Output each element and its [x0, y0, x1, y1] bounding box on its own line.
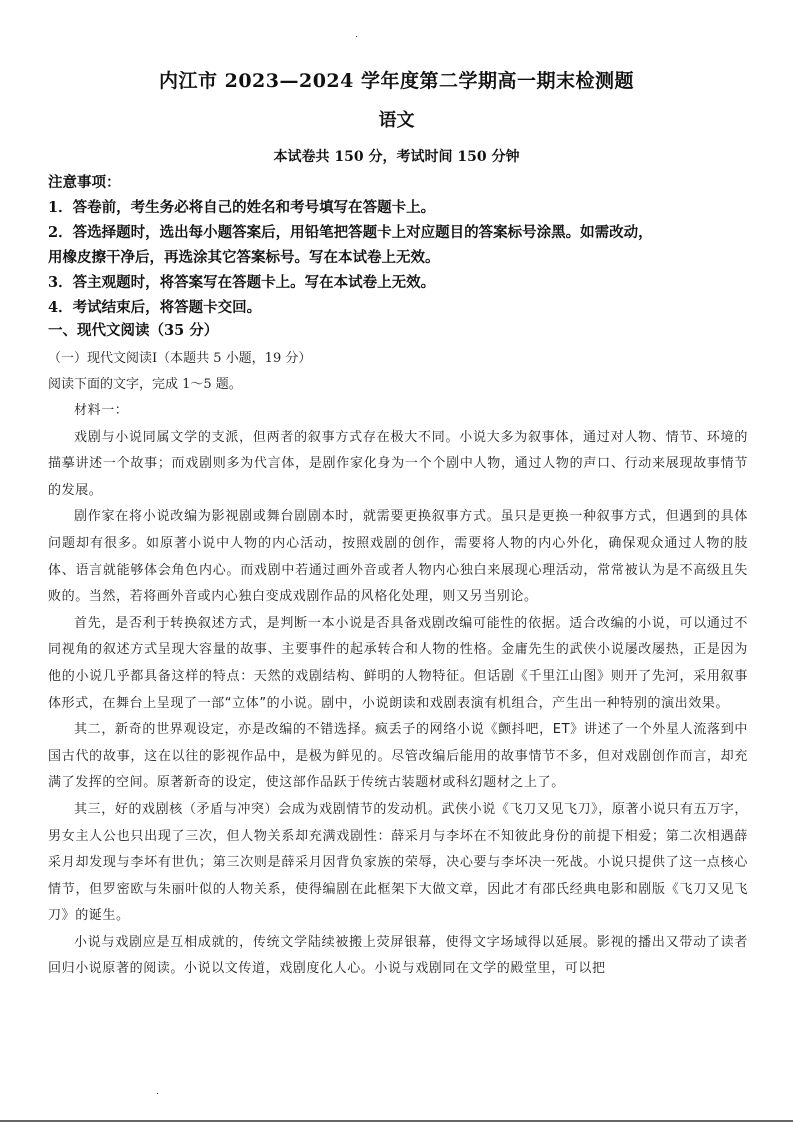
- subject-title: 语文: [0, 106, 793, 132]
- exam-page: 内江市 2023—2024 学年度第二学期高一期末检测题 语文 本试卷共 150…: [0, 0, 793, 1122]
- passage-label: 材料一：: [48, 398, 748, 425]
- passage-paragraph: 其三，好的戏剧核（矛盾与冲突）会成为戏剧情节的发动机。武侠小说《飞刀又见飞刀》，…: [48, 797, 748, 930]
- scan-speck: [356, 36, 357, 37]
- exam-meta: 本试卷共 150 分，考试时间 150 分钟: [0, 146, 793, 166]
- section-title: 一、现代文阅读（35 分）: [48, 318, 748, 344]
- passage-paragraph: 首先，是否利于转换叙述方式，是判断一本小说是否具备戏剧改编可能性的依据。适合改编…: [48, 611, 748, 717]
- exam-title: 内江市 2023—2024 学年度第二学期高一期末检测题: [0, 66, 793, 93]
- passage-paragraph: 小说与戏剧应是互相成就的，传统文学陆续被搬上荧屏银幕，使得文字场域得以延展。影视…: [48, 930, 748, 983]
- passage: 材料一： 戏剧与小说同属文学的支派，但两者的叙事方式存在极大不同。小说大多为叙事…: [48, 398, 748, 983]
- note-item: 用橡皮擦干净后，再选涂其它答案标号。写在本试卷上无效。: [48, 245, 748, 270]
- passage-paragraph: 戏剧与小说同属文学的支派，但两者的叙事方式存在极大不同。小说大多为叙事体，通过对…: [48, 425, 748, 505]
- note-item: 2．答选择题时，选出每小题答案后，用铅笔把答题卡上对应题目的答案标号涂黑。如需改…: [48, 220, 748, 245]
- passage-paragraph: 剧作家在将小说改编为影视剧或舞台剧剧本时，就需要更换叙事方式。虽只是更换一种叙事…: [48, 504, 748, 610]
- scan-speck: [157, 1093, 158, 1094]
- note-item: 1．答卷前，考生务必将自己的姓名和考号填写在答题卡上。: [48, 195, 748, 220]
- passage-paragraph: 其二，新奇的世界观设定，亦是改编的不错选择。疯丢子的网络小说《颤抖吧，ET》讲述…: [48, 717, 748, 797]
- notes-heading: 注意事项：: [48, 170, 748, 195]
- note-item: 4．考试结束后，将答题卡交回。: [48, 295, 748, 320]
- section-instruction: 阅读下面的文字，完成 1～5 题。: [48, 372, 748, 398]
- note-item: 3．答主观题时，将答案写在答题卡上。写在本试卷上无效。: [48, 270, 748, 295]
- notes-section: 注意事项： 1．答卷前，考生务必将自己的姓名和考号填写在答题卡上。 2．答选择题…: [48, 170, 748, 320]
- section-subtitle: （一）现代文阅读Ⅰ（本题共 5 小题，19 分）: [48, 346, 748, 372]
